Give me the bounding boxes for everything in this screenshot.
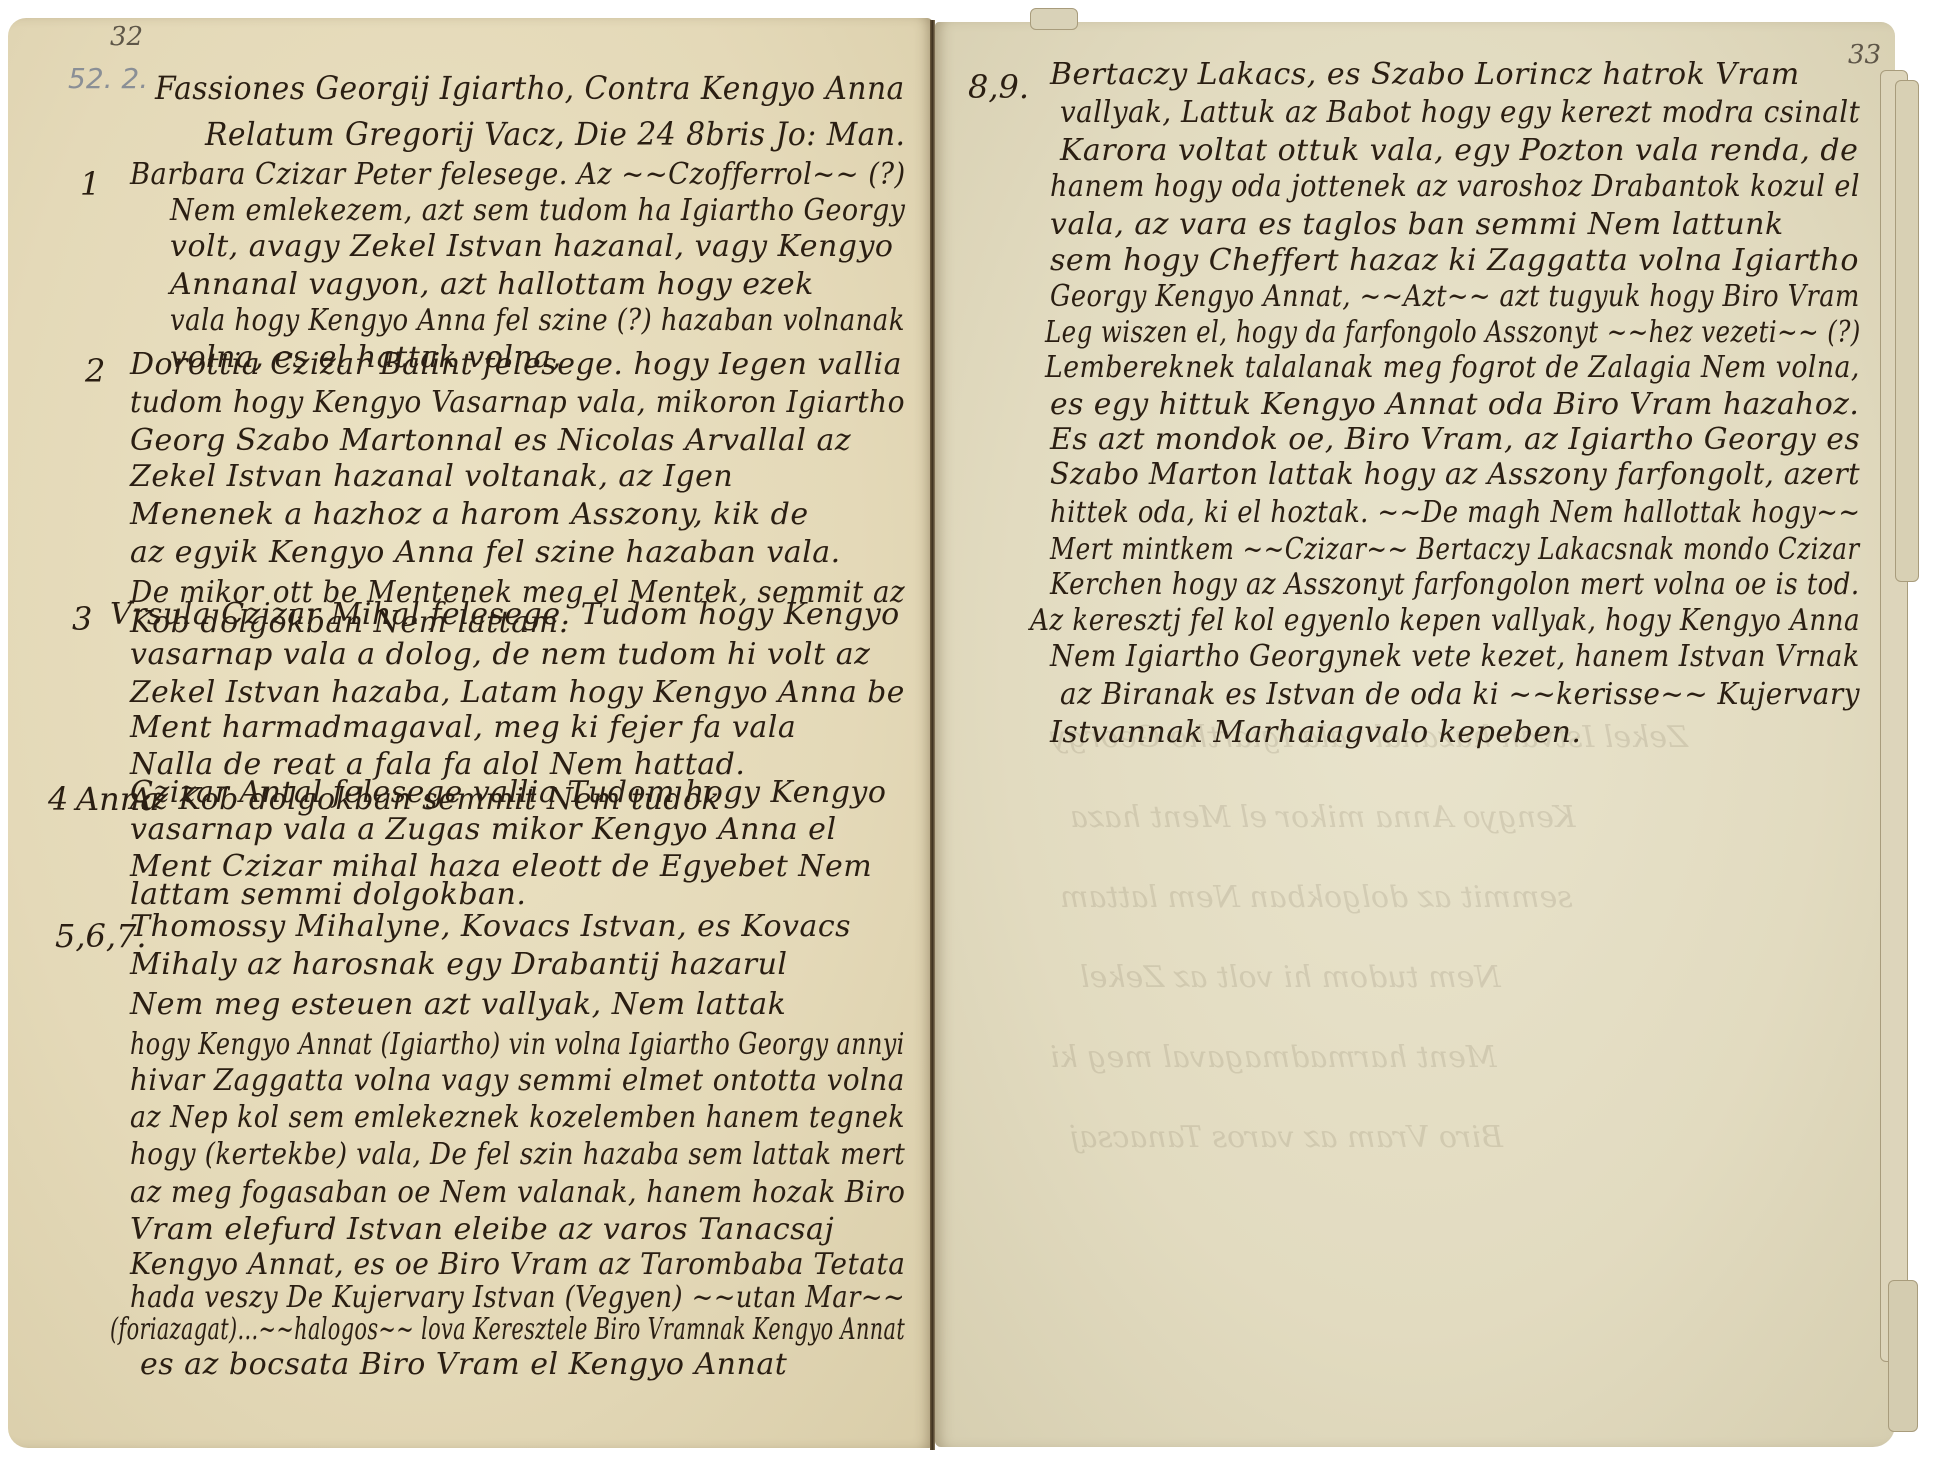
page-edge-layer (1030, 8, 1078, 30)
entry-line: Leg wiszen el, hogy da farfongolo Asszon… (1045, 318, 1861, 348)
bleed-through-text: Ment harmadmagaval meg ki (1050, 1040, 1497, 1075)
bleed-through-text: semmit az dolgokban Nem lattam (1060, 880, 1573, 915)
entry-line: es az bocsata Biro Vram el Kengyo Annat (140, 1350, 787, 1380)
entry-number: 4 (48, 780, 68, 818)
entry-line: Vrsula Czizar Mihal felesege. Tudom hogy… (110, 600, 900, 630)
entry-line: az egyik Kengyo Anna fel szine hazaban v… (130, 538, 841, 568)
entry-line: sem hogy Cheffert hazaz ki Zaggatta voln… (1050, 246, 1859, 276)
heading-line-1: Fassiones Georgij Igiartho, Contra Kengy… (155, 72, 905, 104)
entry-line: hanem hogy oda jottenek az varoshoz Drab… (1050, 172, 1860, 202)
entry-line: Az keresztj fel kol egyenlo kepen vallya… (1030, 606, 1860, 636)
entry-line: hogy (kertekbe) vala, De fel szin hazaba… (130, 1140, 905, 1170)
entry-line: vasarnap vala a Zugas mikor Kengyo Anna … (130, 815, 837, 845)
entry-line: Nem meg esteuen azt vallyak, Nem lattak (130, 990, 786, 1020)
entry-number: 1 (80, 165, 100, 203)
entry-line: Mihaly az harosnak egy Drabantij hazarul (130, 950, 788, 980)
folio-number: 33 (1848, 40, 1881, 70)
entry-line: Lembereknek talalanak meg fogrot de Zala… (1045, 353, 1860, 383)
entry-line: Szabo Marton lattak hogy az Asszony farf… (1050, 460, 1860, 490)
page-edge-layer (1888, 1280, 1918, 1432)
entry-line: Czizar Antal felesege vallia Tudom hogy … (130, 778, 886, 808)
entry-line: hogy Kengyo Annat (Igiartho) vin volna I… (130, 1030, 905, 1060)
entry-line: Mert mintkem ~~Czizar~~ Bertaczy Lakacsn… (1050, 535, 1860, 565)
entry-line: lattam semmi dolgokban. (130, 880, 526, 910)
entry-line: Annanal vagyon, azt hallottam hogy ezek (170, 270, 814, 300)
entry-line: az meg fogasaban oe Nem valanak, hanem h… (130, 1178, 905, 1208)
entry-number: 2 (85, 352, 105, 390)
entry-line: Barbara Czizar Peter felesege. Az ~~Czof… (130, 160, 906, 190)
entry-line: Istvannak Marhaiagvalo kepeben. (1050, 718, 1581, 748)
entry-line: vasarnap vala a dolog, de nem tudom hi v… (130, 640, 870, 670)
entry-line: Ment harmadmagaval, meg ki fejer fa vala (130, 713, 796, 743)
entry-line: Thomossy Mihalyne, Kovacs Istvan, es Kov… (130, 912, 851, 942)
entry-line: hittek oda, ki el hoztak. ~~De magh Nem … (1050, 498, 1860, 528)
entry-line: tudom hogy Kengyo Vasarnap vala, mikoron… (130, 388, 905, 418)
pencil-annotation: 52. 2. (68, 62, 148, 95)
entry-line: Kengyo Annat, es oe Biro Vram az Taromba… (130, 1250, 905, 1280)
entry-line: az Biranak es Istvan de oda ki ~~kerisse… (1060, 680, 1860, 710)
entry-line: Vram elefurd Istvan eleibe az varos Tana… (130, 1215, 834, 1245)
bleed-through-text: Biro Vram az varos Tanacsaj (1070, 1120, 1503, 1155)
bleed-through-text: Kengyo Anna mikor el Ment haza (1070, 800, 1576, 835)
entry-line: Menenek a hazhoz a harom Asszony, kik de (130, 500, 809, 530)
entry-line: es egy hittuk Kengyo Annat oda Biro Vram… (1050, 390, 1859, 420)
entry-line: vala hogy Kengyo Anna fel szine (?) haza… (170, 306, 905, 336)
entry-line: Georgy Kengyo Annat, ~~Azt~~ azt tugyuk … (1050, 282, 1860, 312)
entry-number: 8,9. (968, 68, 1029, 106)
entry-line: Zekel Istvan hazanal voltanak, az Igen (130, 462, 733, 492)
entry-line: Nem Igiartho Georgynek vete kezet, hanem… (1050, 642, 1860, 672)
entry-line: Nem emlekezem, azt sem tudom ha Igiartho… (170, 196, 905, 226)
folio-number: 32 (110, 22, 143, 52)
entry-line: Zekel Istvan hazaba, Latam hogy Kengyo A… (130, 678, 905, 708)
entry-line: az Nep kol sem emlekeznek kozelemben han… (130, 1103, 905, 1133)
book-spine (930, 20, 935, 1450)
entry-line: Bertaczy Lakacs, es Szabo Lorincz hatrok… (1050, 60, 1800, 90)
bleed-through-text: Nem tudom hi volt az Zekel (1080, 960, 1501, 995)
entry-line: hada veszy De Kujervary Istvan (Vegyen) … (130, 1283, 905, 1313)
entry-line: Georg Szabo Martonnal es Nicolas Arvalla… (130, 426, 851, 456)
entry-line: Karora voltat ottuk vala, egy Pozton val… (1060, 136, 1858, 166)
entry-line: Kerchen hogy az Asszonyt farfongolon mer… (1050, 570, 1860, 600)
heading-line-2: Relatum Gregorij Vacz, Die 24 8bris Jo: … (205, 118, 905, 150)
entry-line: Es azt mondok oe, Biro Vram, az Igiartho… (1050, 425, 1860, 455)
entry-line: hivar Zaggatta volna vagy semmi elmet on… (130, 1066, 905, 1096)
entry-number: 3 (72, 600, 92, 638)
entry-line: volt, avagy Zekel Istvan hazanal, vagy K… (170, 232, 894, 262)
entry-line: vala, az vara es taglos ban semmi Nem la… (1050, 210, 1784, 240)
entry-line: (foriazagat)...~~halogos~~ lova Kereszte… (110, 1315, 905, 1345)
entry-line: Dorottia Czizar Balint felesege. hogy Ie… (130, 350, 902, 380)
page-edge-layer (1895, 80, 1919, 582)
entry-line: vallyak, Lattuk az Babot hogy egy kerezt… (1060, 98, 1860, 128)
